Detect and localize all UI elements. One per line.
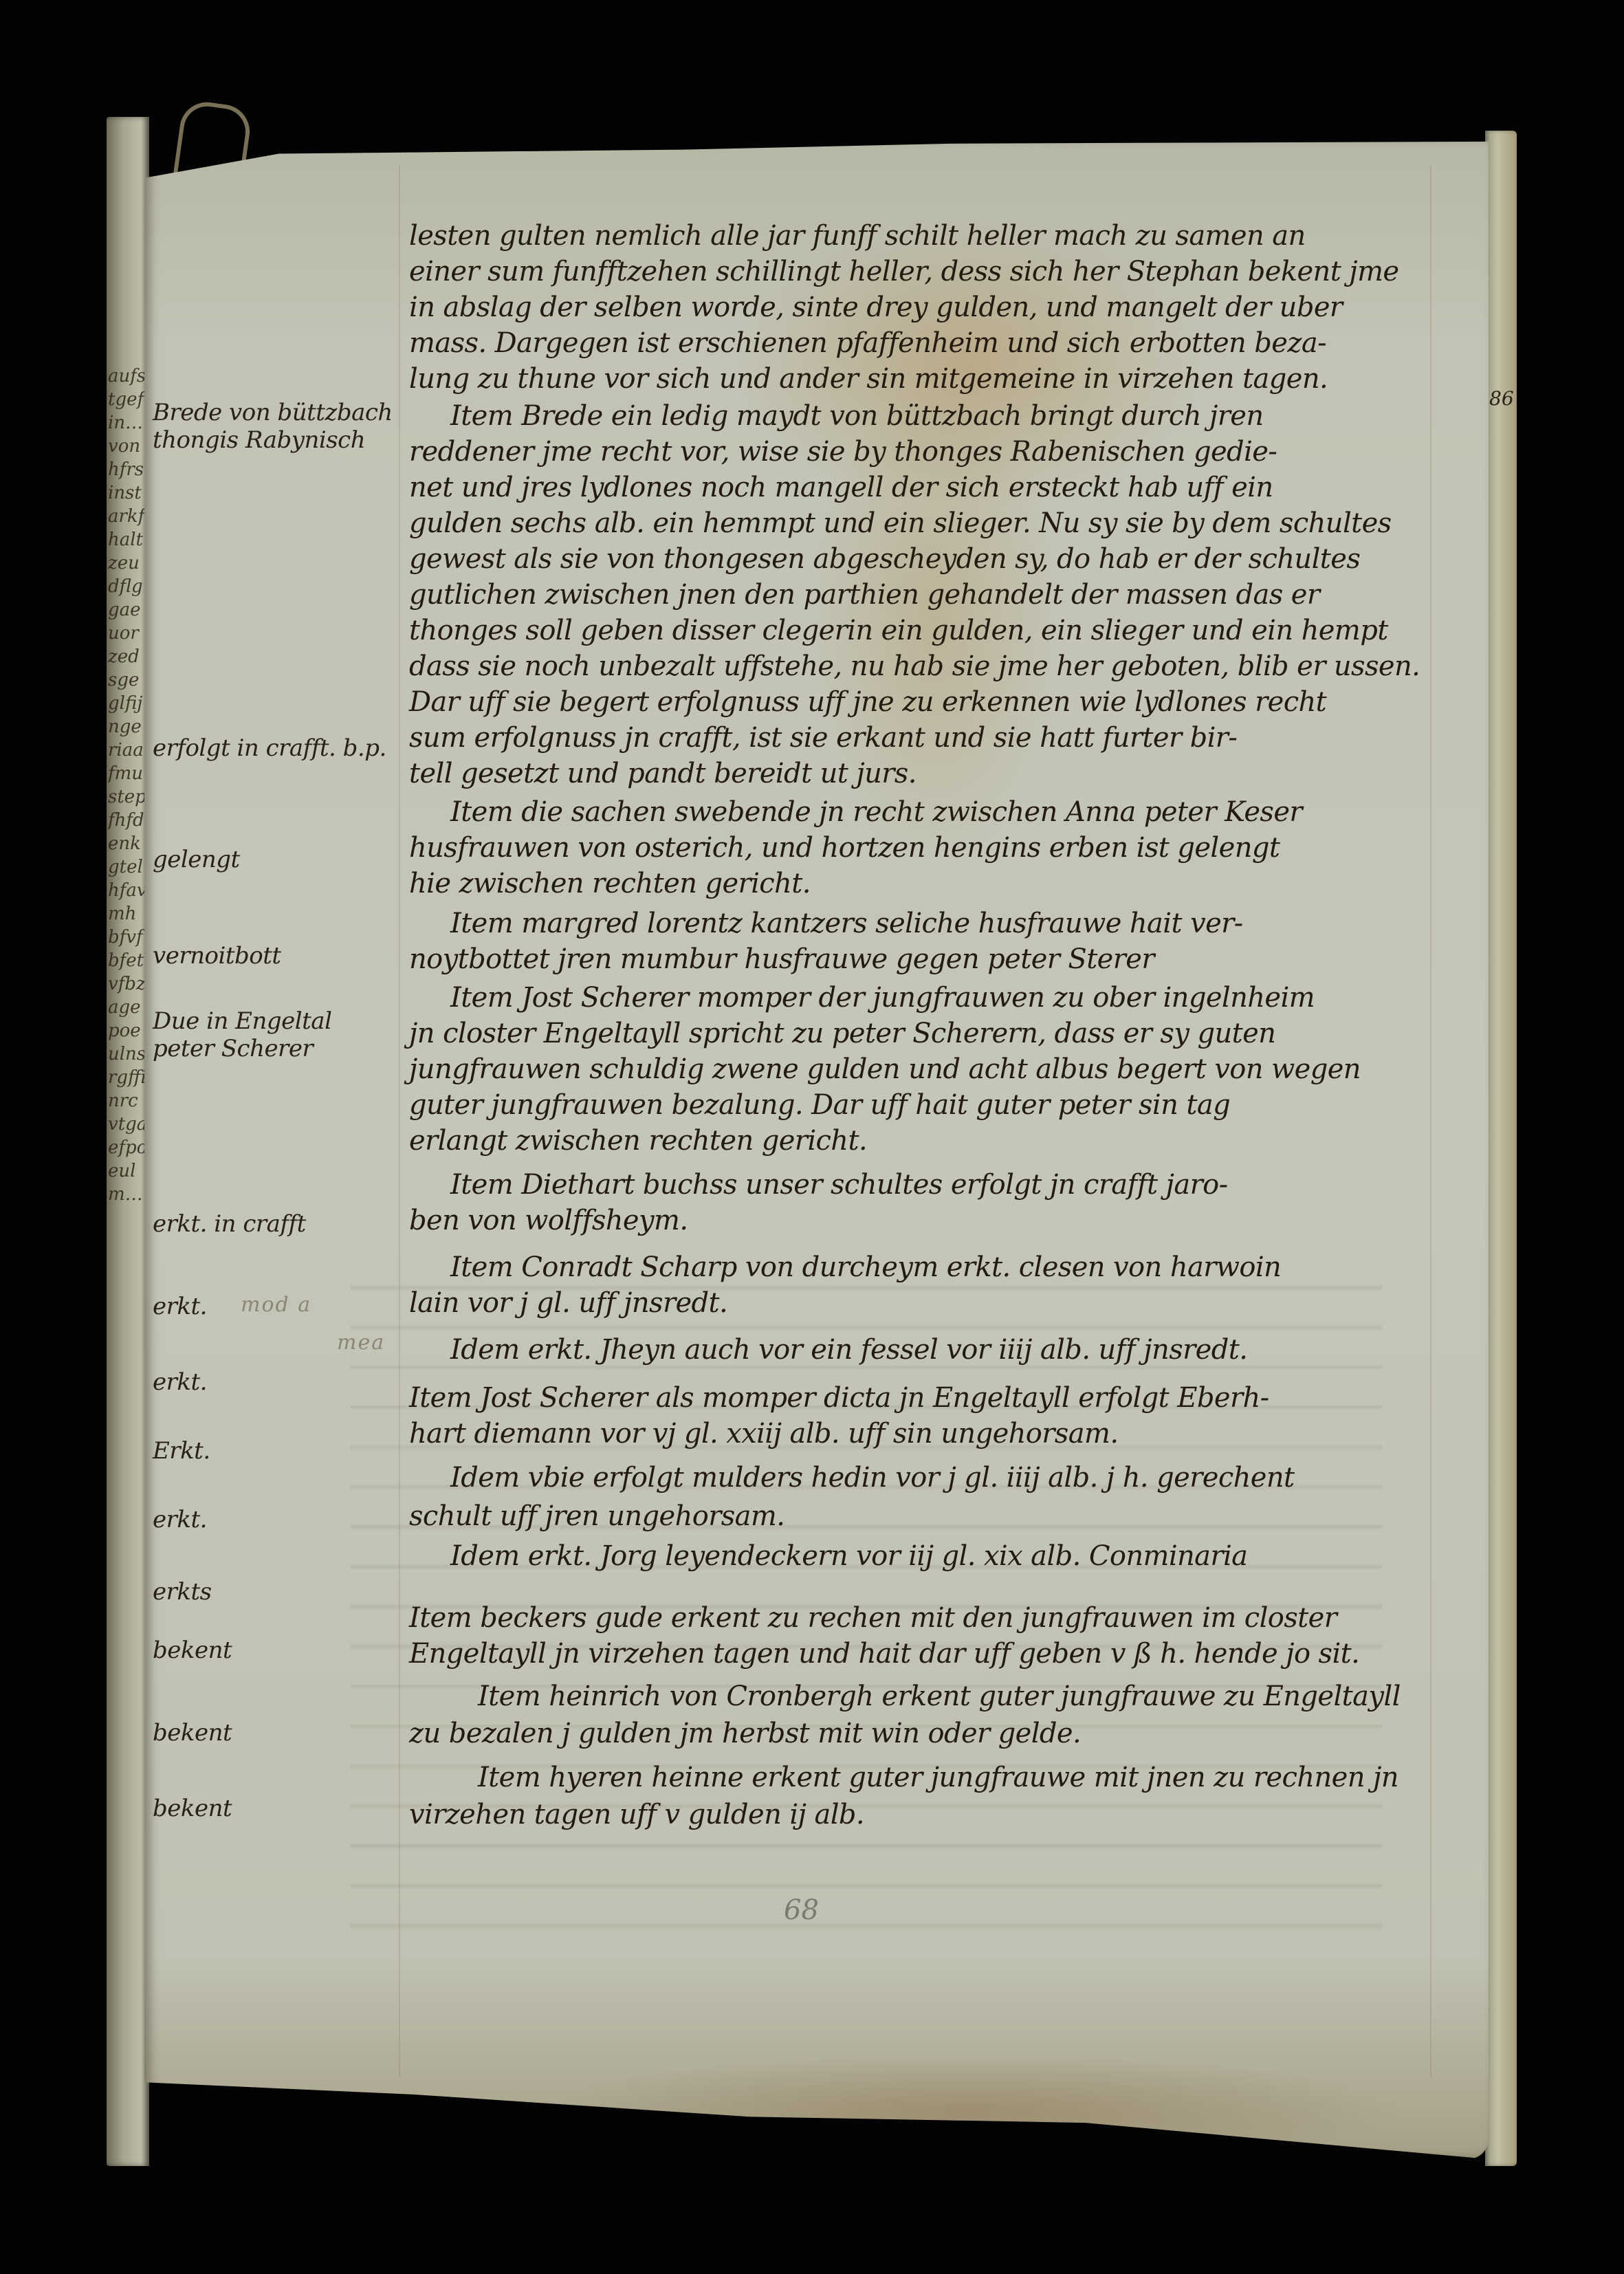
text-line: in abslag der selben worde, sinte drey g… <box>409 292 1342 323</box>
text-line: zu bezalen j gulden jm herbst mit win od… <box>409 1718 1081 1749</box>
margin-faint-mark: mod a <box>241 1293 311 1317</box>
text-line: Idem erkt. Jheyn auch vor ein fessel vor… <box>450 1334 1247 1366</box>
text-line: jn closter Engeltayll spricht zu peter S… <box>409 1018 1275 1049</box>
text-line: Item heinrich von Cronbergh erkent guter… <box>478 1681 1401 1712</box>
text-line: hart diemann vor vj gl. xxiij alb. uff s… <box>409 1418 1118 1450</box>
text-line: lain vor j gl. uff jnsredt. <box>409 1287 727 1319</box>
text-line: einer sum funfftzehen schillingt heller,… <box>409 256 1399 287</box>
margin-note: Erkt. <box>153 1437 210 1465</box>
manuscript-page: Brede von büttzbach thongis Rabynisch er… <box>144 138 1489 2159</box>
previous-leaf-text-fragments: aufstgefin…vonhfrsinstarkfhaltzeudflggae… <box>108 364 148 1946</box>
margin-note: erkt. in crafft <box>153 1210 306 1238</box>
text-line: dass sie noch unbezalt uffstehe, nu hab … <box>409 651 1420 682</box>
text-line: thonges soll geben disser clegerin ein g… <box>409 615 1388 646</box>
text-line: guter jungfrauwen bezalung. Dar uff hait… <box>409 1089 1230 1121</box>
text-line: reddener jme recht vor, wise sie by thon… <box>409 436 1277 468</box>
margin-note: erkt. <box>153 1506 207 1533</box>
text-line: noytbottet jren mumbur husfrauwe gegen p… <box>409 943 1154 975</box>
text-line: gulden sechs alb. ein hemmpt und ein sli… <box>409 507 1392 539</box>
text-line: Item margred lorentz kantzers seliche hu… <box>450 908 1243 939</box>
text-line: Item die sachen swebende jn recht zwisch… <box>450 796 1302 828</box>
margin-faint-mark: mea <box>337 1331 385 1355</box>
text-line: ben von wolffsheym. <box>409 1205 688 1236</box>
text-line: Item beckers gude erkent zu rechen mit d… <box>409 1602 1337 1634</box>
text-line: lesten gulten nemlich alle jar funff sch… <box>409 220 1306 252</box>
margin-notes: Brede von büttzbach thongis Rabynisch er… <box>144 138 406 2159</box>
text-line: Item hyeren heinne erkent guter jungfrau… <box>478 1762 1398 1793</box>
margin-note: erkt. <box>153 1368 207 1396</box>
text-line: lung zu thune vor sich und ander sin mit… <box>409 363 1328 395</box>
text-line: Item Jost Scherer momper der jungfrauwen… <box>450 982 1315 1014</box>
text-line: Idem vbie erfolgt mulders hedin vor j gl… <box>450 1462 1295 1494</box>
margin-note: erkts <box>153 1578 212 1606</box>
text-line: mass. Dargegen ist erschienen pfaffenhei… <box>409 327 1326 359</box>
previous-leaf-edge: aufstgefin…vonhfrsinstarkfhaltzeudflggae… <box>107 117 149 2166</box>
text-line: virzehen tagen uff v gulden ij alb. <box>409 1799 864 1830</box>
text-line: jungfrauwen schuldig zwene gulden und ac… <box>409 1053 1361 1085</box>
text-line: Dar uff sie begert erfolgnuss uff jne zu… <box>409 686 1326 718</box>
margin-note: gelengt <box>153 846 240 873</box>
text-line: Item Jost Scherer als momper dicta jn En… <box>409 1382 1269 1414</box>
text-line: hie zwischen rechten gericht. <box>409 868 811 899</box>
text-line: Idem erkt. Jorg leyendeckern vor iij gl.… <box>450 1540 1247 1572</box>
text-line: erlangt zwischen rechten gericht. <box>409 1125 867 1157</box>
margin-note: bekent <box>153 1795 232 1822</box>
margin-note: vernoitbott <box>153 942 281 970</box>
margin-note: Brede von büttzbach thongis Rabynisch <box>153 399 393 454</box>
text-line: Item Diethart buchss unser schultes erfo… <box>450 1169 1228 1201</box>
text-line: tell gesetzt und pandt bereidt ut jurs. <box>409 758 917 789</box>
margin-note: Due in Engeltal peter Scherer <box>153 1007 331 1062</box>
margin-note: erkt. <box>153 1293 207 1320</box>
text-line: schult uff jren ungehorsam. <box>409 1500 784 1532</box>
text-line: gutlichen zwischen jnen den parthien geh… <box>409 579 1319 611</box>
folio-number: 68 <box>784 1894 819 1926</box>
ruled-margin-line-right <box>1430 165 1431 2077</box>
right-edge-number: 86 <box>1489 387 1514 410</box>
text-line: net und jres lydlones noch mangell der s… <box>409 472 1273 503</box>
text-line: sum erfolgnuss jn crafft, ist sie erkant… <box>409 722 1237 754</box>
next-leaf-marks: 86 <box>1489 330 1514 468</box>
text-line: Engeltayll jn virzehen tagen und hait da… <box>409 1638 1359 1670</box>
text-line: husfrauwen von osterich, und hortzen hen… <box>409 832 1280 864</box>
text-line: gewest als sie von thongesen abgescheyde… <box>409 543 1360 575</box>
next-leaf-edge: 86 <box>1485 131 1517 2166</box>
text-line: Item Conradt Scharp von durcheym erkt. c… <box>450 1251 1281 1283</box>
text-line: Item Brede ein ledig maydt von büttzbach… <box>450 400 1264 432</box>
margin-note: erfolgt in crafft. b.p. <box>153 734 386 762</box>
margin-note: bekent <box>153 1719 232 1747</box>
margin-note: bekent <box>153 1637 232 1664</box>
